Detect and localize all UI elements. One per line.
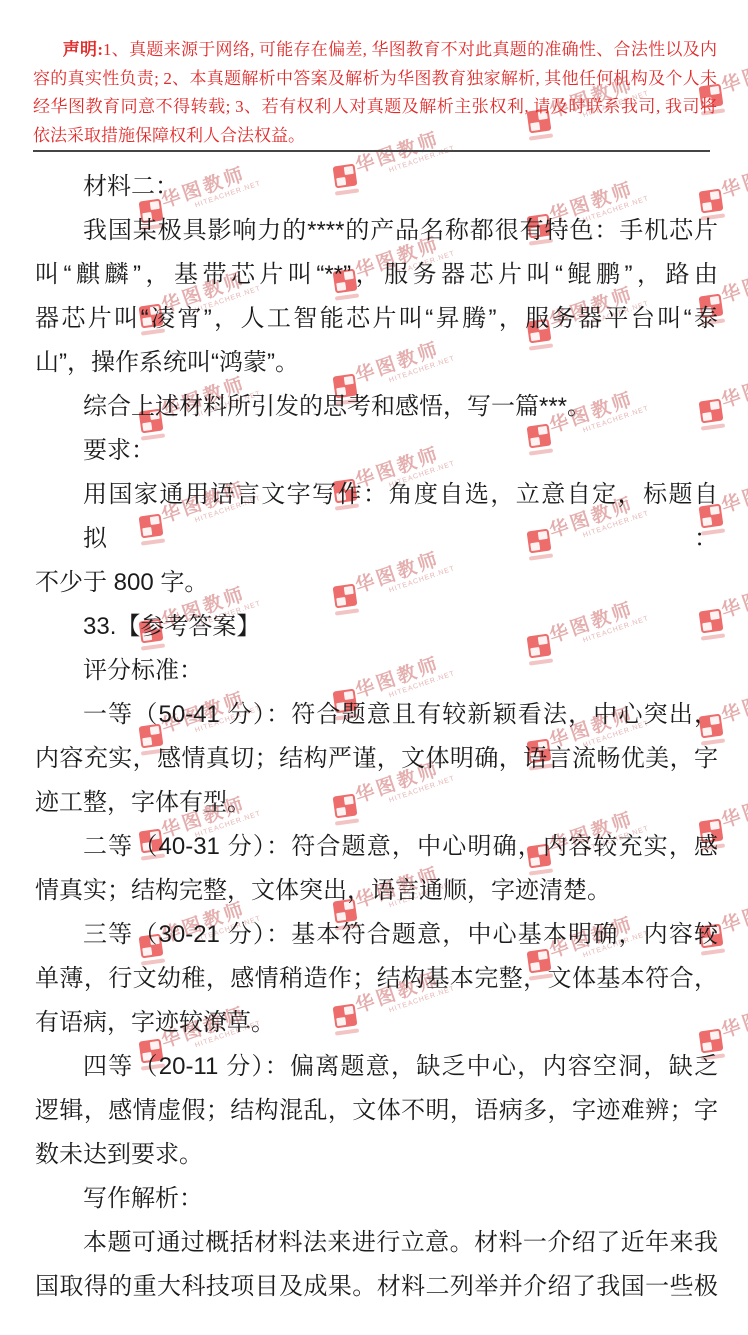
document-page: 华图教师HITEACHER.NET华图教师HITEACHER.NET华图教师HI… (0, 0, 748, 1335)
watermark-body: 华图教师HITEACHER.NET (717, 460, 748, 524)
paragraph-line: 我国某极具影响力的****的产品名称都很有特色：手机芯片 (35, 209, 718, 253)
watermark-body: 华图教师HITEACHER.NET (717, 670, 748, 734)
disclaimer-line: 依法采取措施保障权利人合法权益。 (33, 122, 717, 151)
watermark-body: 华图教师HITEACHER.NET (717, 880, 748, 944)
watermark-body: 华图教师HITEACHER.NET (717, 775, 748, 839)
paragraph-line: 用国家通用语言文字写作：角度自选，立意自定，标题自拟： (35, 473, 718, 561)
watermark-brand-text: 华图教师 (717, 460, 748, 518)
paragraph-line: 器芯片叫“凌宵”，人工智能芯片叫“昇腾”，服务器平台叫“泰 (35, 297, 718, 341)
paragraph-line: 内容充实，感情真切；结构严谨，文体明确，语言流畅优美，字 (35, 737, 718, 781)
paragraph-line: 材料二： (35, 165, 718, 209)
paragraph-line: 要求： (35, 429, 718, 473)
watermark-brand-text: 华图教师 (717, 775, 748, 833)
paragraph-line: 33.【参考答案】 (35, 605, 718, 649)
paragraph-line: 山”，操作系统叫“鸿蒙”。 (35, 341, 718, 385)
watermark-body: 华图教师HITEACHER.NET (717, 355, 748, 419)
disclaimer-line: 经华图教育同意不得转载; 3、若有权利人对真题及解析主张权利, 请及时联系我司,… (33, 93, 717, 122)
watermark-brand-text: 华图教师 (717, 565, 748, 623)
paragraph-line: 数未达到要求。 (35, 1133, 718, 1177)
paragraph-line: 三等（30-21 分）：基本符合题意，中心基本明确，内容较 (35, 913, 718, 957)
paragraph-line: 一等（50-41 分）：符合题意且有较新颖看法，中心突出， (35, 693, 718, 737)
watermark-brand-text: 华图教师 (717, 40, 748, 98)
disclaimer-line: 声明:1、真题来源于网络, 可能存在偏差, 华图教育不对此真题的准确性、合法性以… (33, 36, 717, 65)
paragraph-line: 评分标准： (35, 649, 718, 693)
watermark-brand-text: 华图教师 (717, 670, 748, 728)
document-body: 材料二：我国某极具影响力的****的产品名称都很有特色：手机芯片叫“麒麟”，基带… (35, 165, 718, 1309)
disclaimer-text: 声明:1、真题来源于网络, 可能存在偏差, 华图教育不对此真题的准确性、合法性以… (33, 36, 717, 150)
watermark-body: 华图教师HITEACHER.NET (717, 40, 748, 104)
watermark-body: 华图教师HITEACHER.NET (717, 985, 748, 1049)
paragraph-line: 单薄，行文幼稚，感情稍造作；结构基本完整，文体基本符合， (35, 957, 718, 1001)
watermark-body: 华图教师HITEACHER.NET (717, 250, 748, 314)
watermark-brand-text: 华图教师 (717, 250, 748, 308)
section-divider (33, 150, 710, 152)
paragraph-line: 情真实；结构完整，文体突出，语言通顺，字迹清楚。 (35, 869, 718, 913)
watermark-brand-text: 华图教师 (717, 145, 748, 203)
paragraph-line: 迹工整，字体有型。 (35, 781, 718, 825)
paragraph-line: 国取得的重大科技项目及成果。材料二列举并介绍了我国一些极 (35, 1265, 718, 1309)
watermark-brand-text: 华图教师 (717, 985, 748, 1043)
watermark-body: 华图教师HITEACHER.NET (717, 565, 748, 629)
paragraph-line: 逻辑，感情虚假；结构混乱，文体不明，语病多，字迹难辨；字 (35, 1089, 718, 1133)
paragraph-line: 不少于 800 字。 (35, 561, 718, 605)
watermark-brand-text: 华图教师 (717, 355, 748, 413)
paragraph-line: 本题可通过概括材料法来进行立意。材料一介绍了近年来我 (35, 1221, 718, 1265)
paragraph-line: 有语病，字迹较潦草。 (35, 1001, 718, 1045)
watermark-body: 华图教师HITEACHER.NET (717, 145, 748, 209)
watermark-brand-text: 华图教师 (717, 880, 748, 938)
disclaimer-line: 容的真实性负责; 2、本真题解析中答案及解析为华图教育独家解析, 其他任何机构及… (33, 65, 717, 94)
disclaimer-label: 声明: (63, 40, 103, 59)
paragraph-line: 写作解析： (35, 1177, 718, 1221)
paragraph-line: 叫“麒麟”，基带芯片叫“**”，服务器芯片叫“鲲鹏”，路由 (35, 253, 718, 297)
paragraph-line: 四等（20-11 分）：偏离题意，缺乏中心，内容空洞，缺乏 (35, 1045, 718, 1089)
paragraph-line: 二等（40-31 分）：符合题意，中心明确，内容较充实，感 (35, 825, 718, 869)
paragraph-line: 综合上述材料所引发的思考和感悟，写一篇***。 (35, 385, 718, 429)
